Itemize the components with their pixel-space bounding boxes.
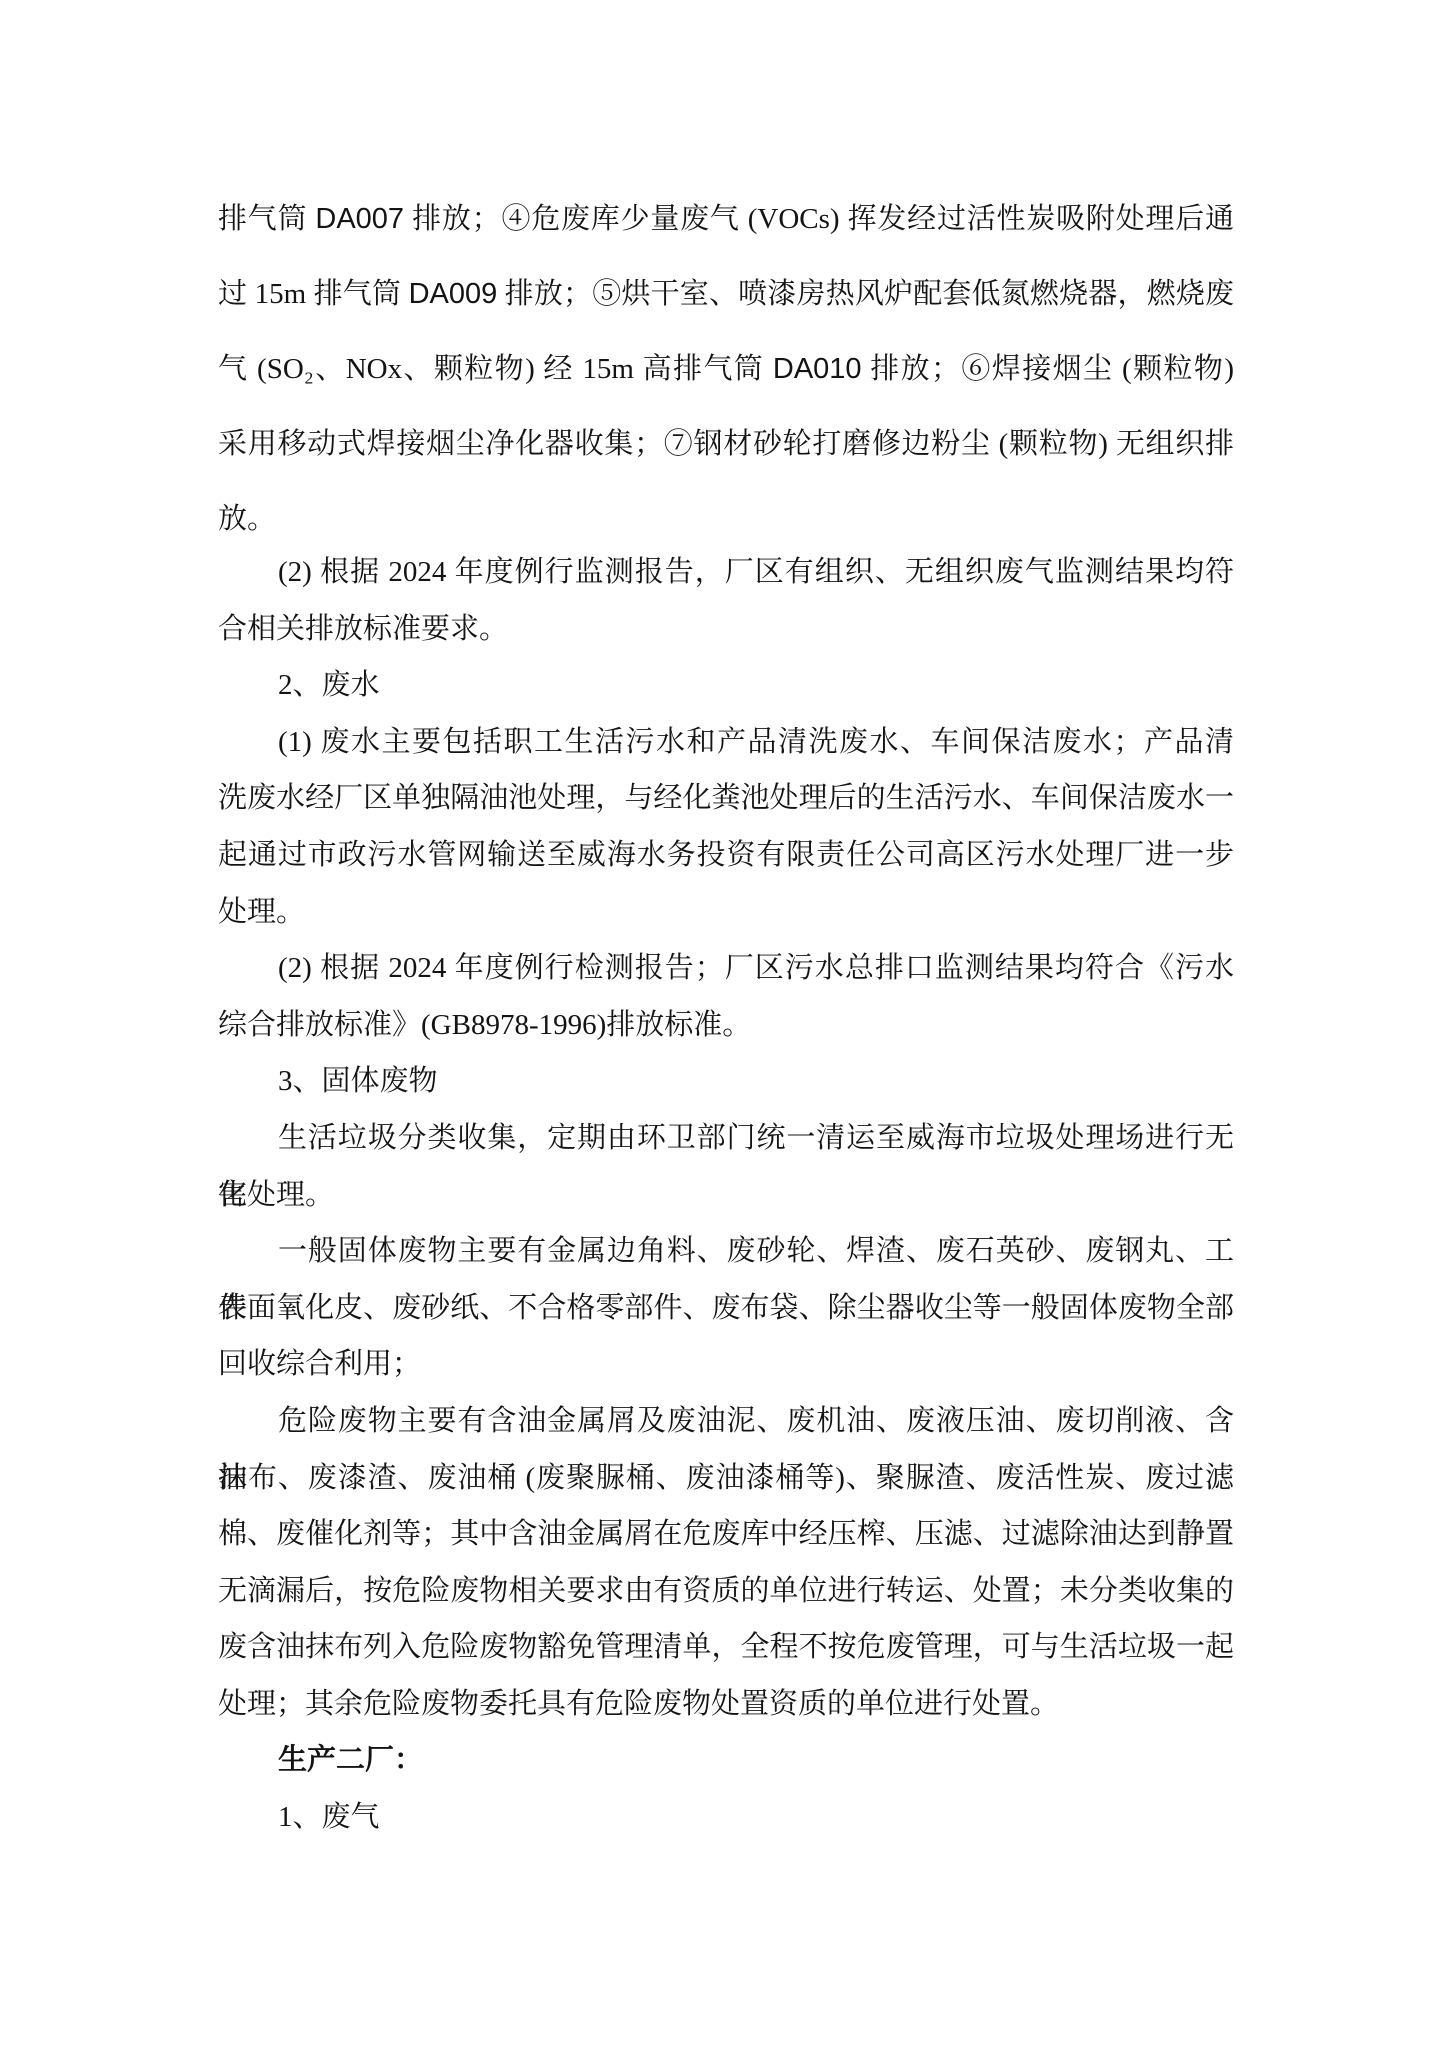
text-run: 采用移动式焊接烟尘净化器收集；⑦钢材砂轮打磨修边粉尘 (颗粒物) 无组织排 (218, 428, 1234, 460)
text-line: 合相关排放标准要求。 (218, 601, 1234, 658)
text-line: (2) 根据 2024 年度例行检测报告；厂区污水总排口监测结果均符合《污水 (218, 940, 1234, 997)
text-run: 表面氧化皮、废砂纸、不合格零部件、废布袋、除尘器收尘等一般固体废物全部 (218, 1292, 1234, 1324)
text-run: 起通过市政污水管网输送至威海水务投资有限责任公司高区污水处理厂进一步 (218, 839, 1234, 871)
document-page: 排气筒 DA007 排放；④危废库少量废气 (VOCs) 挥发经过活性炭吸附处理… (0, 0, 1448, 2048)
text-run: 回收综合利用； (218, 1348, 421, 1380)
text-line: 无滴漏后，按危险废物相关要求由有资质的单位进行转运、处置；未分类收集的 (218, 1563, 1234, 1620)
text-line: 过 15m 排气筒 DA009 排放；⑤烘干室、喷漆房热风炉配套低氮燃烧器，燃烧… (218, 257, 1234, 332)
text-run: (2) 根据 2024 年度例行检测报告；厂区污水总排口监测结果均符合《污水 (278, 952, 1234, 984)
text-run: 抹布、废漆渣、废油桶 (废聚脲桶、废油漆桶等)、聚脲渣、废活性炭、废过滤 (218, 1462, 1234, 1494)
text-line: (2) 根据 2024 年度例行监测报告，厂区有组织、无组织废气监测结果均符 (218, 544, 1234, 601)
text-run: (1) 废水主要包括职工生活污水和产品清洗废水、车间保洁废水；产品清 (278, 726, 1234, 758)
text-line: 起通过市政污水管网输送至威海水务投资有限责任公司高区污水处理厂进一步 (218, 827, 1234, 884)
text-run: 排放；⑤烘干室、喷漆房热风炉配套低氮燃烧器，燃烧废 (497, 278, 1234, 310)
text-line: 表面氧化皮、废砂纸、不合格零部件、废布袋、除尘器收尘等一般固体废物全部 (218, 1280, 1234, 1337)
text-run: 1、废气 (278, 1801, 380, 1833)
text-run: 排气筒 (218, 203, 315, 235)
section-heading-line: 生产二厂： (218, 1732, 1234, 1789)
text-line: 2、废水 (218, 657, 1234, 714)
text-line: 一般固体废物主要有金属边角料、废砂轮、焊渣、废石英砂、废钢丸、工件 (218, 1223, 1234, 1280)
text-run: 生产二厂： (278, 1744, 423, 1776)
paragraph-waste-gas-continued: 排气筒 DA007 排放；④危废库少量废气 (VOCs) 挥发经过活性炭吸附处理… (218, 182, 1234, 557)
text-run: 排放；⑥焊接烟尘 (颗粒物) (862, 353, 1234, 385)
text-run: 洗废水经厂区单独隔油池处理，与经化粪池处理后的生活污水、车间保洁废水一 (218, 782, 1234, 814)
text-line: 气 (SO₂、NOx、颗粒物) 经 15m 高排气筒 DA010 排放；⑥焊接烟… (218, 332, 1234, 407)
text-line: 排气筒 DA007 排放；④危废库少量废气 (VOCs) 挥发经过活性炭吸附处理… (218, 182, 1234, 257)
text-run: 处理；其余危险废物委托具有危险废物处置资质的单位进行处置。 (218, 1688, 1059, 1720)
text-line: 废含油抹布列入危险废物豁免管理清单，全程不按危废管理，可与生活垃圾一起 (218, 1619, 1234, 1676)
text-line: 3、固体废物 (218, 1053, 1234, 1110)
text-line: (1) 废水主要包括职工生活污水和产品清洗废水、车间保洁废水；产品清 (218, 714, 1234, 771)
text-run: 化处理。 (218, 1179, 334, 1211)
text-line: 综合排放标准》(GB8978-1996)排放标准。 (218, 997, 1234, 1054)
text-run: 合相关排放标准要求。 (218, 613, 508, 645)
text-run: 过 15m 排气筒 (218, 278, 409, 310)
text-line: 洗废水经厂区单独隔油池处理，与经化粪池处理后的生活污水、车间保洁废水一 (218, 770, 1234, 827)
document-body-text: (2) 根据 2024 年度例行监测报告，厂区有组织、无组织废气监测结果均符合相… (218, 544, 1234, 1846)
text-line: 生活垃圾分类收集，定期由环卫部门统一清运至威海市垃圾处理场进行无害 (218, 1110, 1234, 1167)
text-run: 3、固体废物 (278, 1065, 438, 1097)
text-line: 处理；其余危险废物委托具有危险废物处置资质的单位进行处置。 (218, 1676, 1234, 1733)
text-run: 无滴漏后，按危险废物相关要求由有资质的单位进行转运、处置；未分类收集的 (218, 1575, 1234, 1607)
text-run: 气 (SO₂、NOx、颗粒物) 经 15m 高排气筒 (218, 353, 773, 385)
text-run: (2) 根据 2024 年度例行监测报告，厂区有组织、无组织废气监测结果均符 (278, 556, 1234, 588)
text-line: 1、废气 (218, 1789, 1234, 1846)
text-run: 综合排放标准》(GB8978-1996)排放标准。 (218, 1009, 751, 1041)
text-line: 危险废物主要有含油金属屑及废油泥、废机油、废液压油、废切削液、含油 (218, 1393, 1234, 1450)
stack-id-text: DA010 (773, 353, 862, 385)
text-run: 处理。 (218, 896, 305, 928)
text-line: 回收综合利用； (218, 1336, 1234, 1393)
text-line: 抹布、废漆渣、废油桶 (废聚脲桶、废油漆桶等)、聚脲渣、废活性炭、废过滤 (218, 1450, 1234, 1507)
text-run: 排放；④危废库少量废气 (VOCs) 挥发经过活性炭吸附处理后通 (404, 203, 1234, 235)
stack-id-text: DA009 (409, 278, 498, 310)
stack-id-text: DA007 (315, 203, 404, 235)
text-line: 采用移动式焊接烟尘净化器收集；⑦钢材砂轮打磨修边粉尘 (颗粒物) 无组织排 (218, 407, 1234, 482)
text-run: 棉、废催化剂等；其中含油金属屑在危废库中经压榨、压滤、过滤除油达到静置 (218, 1518, 1234, 1550)
text-line: 处理。 (218, 884, 1234, 941)
text-line: 化处理。 (218, 1167, 1234, 1224)
text-run: 放。 (218, 503, 276, 535)
text-run: 废含油抹布列入危险废物豁免管理清单，全程不按危废管理，可与生活垃圾一起 (218, 1631, 1234, 1663)
text-line: 棉、废催化剂等；其中含油金属屑在危废库中经压榨、压滤、过滤除油达到静置 (218, 1506, 1234, 1563)
text-run: 2、废水 (278, 669, 380, 701)
